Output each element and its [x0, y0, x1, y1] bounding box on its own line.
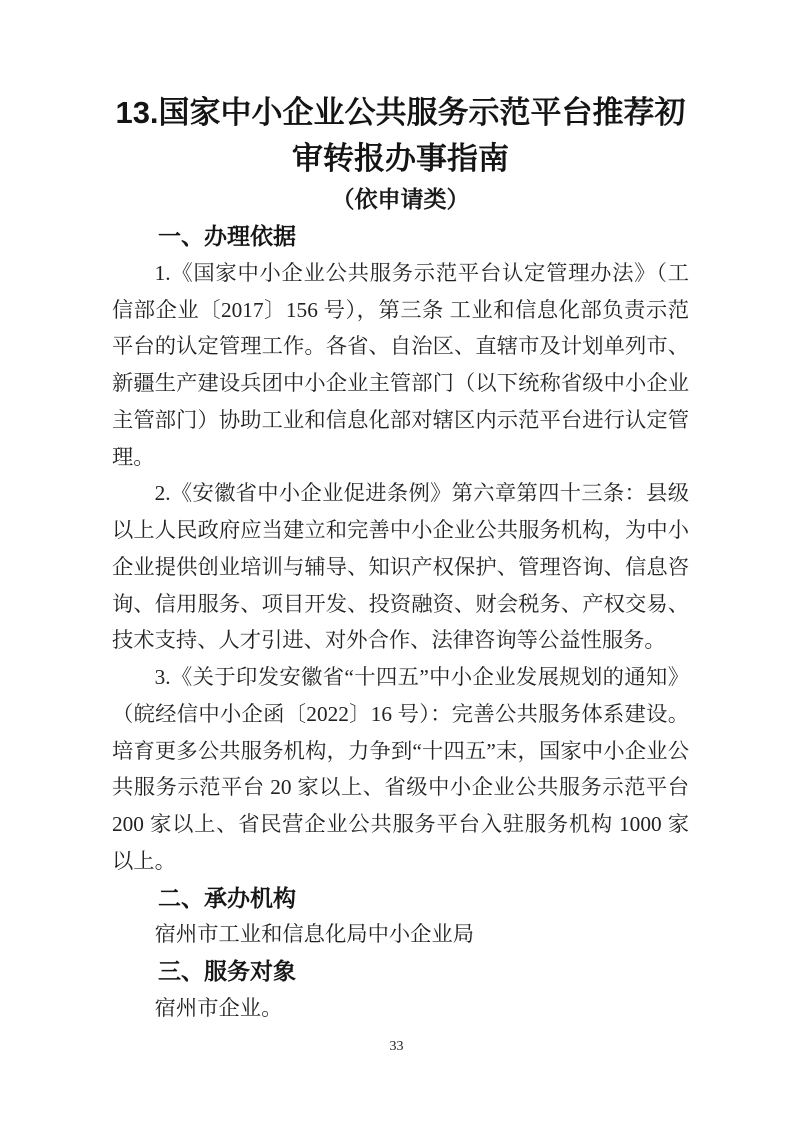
page-number: 33	[0, 1038, 793, 1056]
paragraph: 2.《安徽省中小企业促进条例》第六章第四十三条：县级以上人民政府应当建立和完善中…	[112, 475, 689, 659]
paragraph: 宿州市工业和信息化局中小企业局	[112, 916, 689, 953]
section-service-target: 三、服务对象 宿州市企业。	[112, 953, 689, 1027]
page-title: 13.国家中小企业公共服务示范平台推荐初 审转报办事指南	[112, 90, 689, 182]
paragraph: 宿州市企业。	[112, 990, 689, 1027]
document-page: 13.国家中小企业公共服务示范平台推荐初 审转报办事指南 （依申请类） 一、办理…	[0, 0, 793, 1122]
doc-subtitle: （依申请类）	[112, 182, 689, 218]
section-heading-basis: 一、办理依据	[112, 218, 689, 255]
doc-body: 一、办理依据 1.《国家中小企业公共服务示范平台认定管理办法》（工信部企业〔20…	[112, 218, 689, 1027]
section-undertaking-agency: 二、承办机构 宿州市工业和信息化局中小企业局	[112, 880, 689, 954]
paragraph: 1.《国家中小企业公共服务示范平台认定管理办法》（工信部企业〔2017〕156 …	[112, 255, 689, 476]
section-basis: 一、办理依据 1.《国家中小企业公共服务示范平台认定管理办法》（工信部企业〔20…	[112, 218, 689, 880]
page-title-line-1: 13.国家中小企业公共服务示范平台推荐初	[112, 90, 689, 136]
section-heading-agency: 二、承办机构	[112, 880, 689, 917]
section-heading-target: 三、服务对象	[112, 953, 689, 990]
page-title-line-2: 审转报办事指南	[112, 136, 689, 182]
paragraph: 3.《关于印发安徽省“十四五”中小企业发展规划的通知》（皖经信中小企函〔2022…	[112, 659, 689, 880]
